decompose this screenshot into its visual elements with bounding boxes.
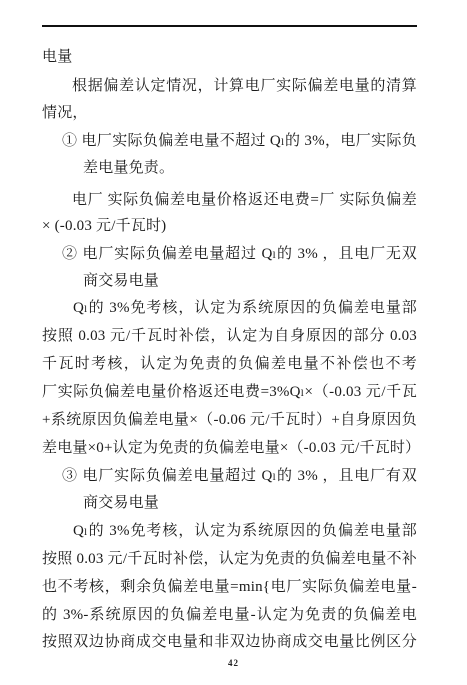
formula-line: 差电量×0+认定为免责的负偏差电量×（-0.03 元/千瓦时） — [42, 438, 417, 458]
list-item-3: ③ 电厂实际负偏差电量超过 Qₗ的 3% ，且电厂有双边协 — [62, 466, 417, 486]
text-line: 根据偏差认定情况，计算电厂实际偏差电量的清算电费 — [72, 76, 417, 96]
page-number: 42 — [0, 658, 467, 668]
formula-line: 的 3%-系统原因的负偏差电量-认定为免责的负偏差电量，0} — [42, 605, 417, 625]
section-heading: 电量 — [42, 47, 72, 67]
text-line: 按照 0.03 元/千瓦时补偿，认定为免责的负偏差电量不补偿 — [42, 549, 417, 569]
header-rule — [42, 25, 417, 27]
text-line: 按照双边协商成交电量和非双边协商成交电量比例区分为 — [42, 632, 417, 652]
list-item-2: ② 电厂实际负偏差电量超过 Qₗ的 3% ，且电厂无双边协 — [62, 244, 417, 264]
text-line: Qₗ的 3%免考核，认定为系统原因的负偏差电量部分， — [73, 298, 417, 318]
formula-line: 也不考核，剩余负偏差电量=min{电厂实际负偏差电量- Qₗ — [42, 577, 417, 597]
document-page: 电量 根据偏差认定情况，计算电厂实际偏差电量的清算电费 情况， ① 电厂实际负偏… — [0, 0, 467, 685]
text-line: 差电量免责。 — [83, 158, 174, 178]
text-line: 商交易电量 — [83, 271, 159, 291]
text-line: Qₗ的 3%免考核，认定为系统原因的负偏差电量部分， — [73, 521, 417, 541]
formula-line: × (-0.03 元/千瓦时) — [42, 216, 166, 236]
list-item-1: ① 电厂实际负偏差电量不超过 Qₗ的 3%，电厂实际负偏 — [62, 131, 417, 151]
formula-line: 厂实际负偏差电量价格返还电费=3%Qₗ×（-0.03 元/千瓦时） — [42, 382, 417, 402]
text-line: 商交易电量 — [83, 493, 159, 513]
text-line: 千瓦时考核，认定为免责的负偏差电量不补偿也不考核。电 — [42, 354, 417, 374]
text-line: 按照 0.03 元/千瓦时补偿，认定为自身原因的部分 0.03 元/ — [42, 326, 417, 346]
text-line: 情况， — [42, 103, 88, 123]
formula-line: +系统原因负偏差电量×（-0.06 元/千瓦时）+自身原因负偏 — [42, 410, 417, 430]
formula-line: 电厂 实际负偏差电量价格返还电费=厂 实际负偏差电量 — [72, 190, 417, 210]
